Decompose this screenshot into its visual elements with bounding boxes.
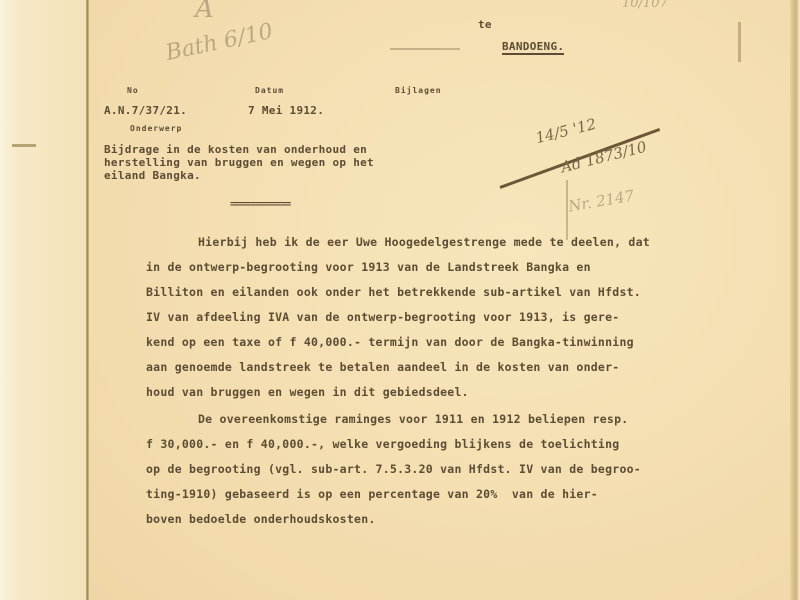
- subject-line-1: Bijdrage in de kosten van onderhoud en: [104, 143, 367, 156]
- body-p1-line-3: Billiton en eilanden ook onder het betre…: [146, 285, 641, 299]
- letter-date: 7 Mei 1912.: [248, 104, 324, 117]
- pencil-bracket: [738, 22, 741, 62]
- pencil-scrawl-top: A: [195, 0, 214, 24]
- body-p1-line-2: in de ontwerp-begrooting voor 1913 van d…: [146, 260, 591, 274]
- body-p2-line-4: ting-1910) gebaseerd is op een percentag…: [146, 487, 598, 501]
- body-p1-line-1: Hierbij heb ik de eer Uwe Hoogedelgestre…: [198, 235, 650, 249]
- page-right-edge: [790, 0, 800, 600]
- body-p2-line-1: De overeenkomstige raminges voor 1911 en…: [198, 412, 628, 426]
- addressee-place: BANDOENG.: [502, 40, 564, 55]
- subject-line-2: herstelling van bruggen en wegen op het: [104, 156, 374, 169]
- label-date: Datum: [255, 86, 284, 95]
- pencil-vertical-stroke: [566, 180, 568, 240]
- body-p1-line-5: kend op een taxe of f 40,000.- termijn v…: [146, 335, 634, 349]
- body-p2-line-2: f 30,000.- en f 40,000.-, welke vergoedi…: [146, 437, 619, 451]
- subject-line-3: eiland Bangka.: [104, 169, 201, 182]
- margin-mark: [12, 144, 36, 147]
- body-p1-line-4: IV van afdeeling IVA van de ontwerp-begr…: [146, 310, 619, 324]
- label-enclosures: Bijlagen: [395, 86, 442, 95]
- letter-page: [89, 0, 800, 600]
- body-p1-line-7: houd van bruggen en wegen in dit gebieds…: [146, 385, 469, 399]
- body-p1-line-6: aan genoemde landstreek te betalen aande…: [146, 360, 619, 374]
- left-margin-strip: [0, 0, 88, 600]
- label-subject: Onderwerp: [130, 124, 182, 133]
- body-p2-line-3: op de begrooting (vgl. sub-art. 7.5.3.20…: [146, 462, 641, 476]
- body-p2-line-5: boven bedoelde onderhoudskosten.: [146, 512, 376, 526]
- letter-number: A.N.7/37/21.: [104, 104, 187, 117]
- pencil-line: [390, 48, 460, 50]
- addressee-prefix: te: [478, 18, 492, 31]
- label-number: No: [127, 86, 139, 95]
- subject-separator: ============: [230, 199, 290, 210]
- pencil-note-top-right: 10/107: [622, 0, 668, 11]
